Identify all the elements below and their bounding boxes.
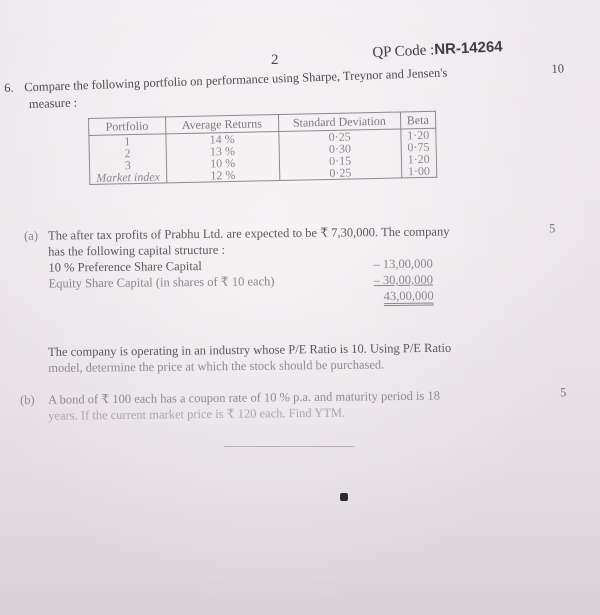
subquestion-marks: 5	[549, 220, 555, 236]
qp-code-value: NR-14264	[434, 38, 503, 58]
subquestion-marks: 5	[560, 384, 566, 400]
subquestion-label: (a)	[24, 228, 38, 244]
capital-total: 43,00,000	[384, 289, 434, 307]
capital-item: 10 % Preference Share Capital	[48, 259, 202, 275]
table-cell: 12 %	[166, 168, 279, 183]
question-7a-paragraph: The company is operating in an industry …	[48, 339, 538, 376]
capital-amount: – 30,00,000	[373, 272, 433, 289]
table-cell: Market index	[90, 170, 167, 184]
end-rule	[224, 446, 354, 447]
capital-amount: – 13,00,000	[373, 256, 433, 273]
subquestion-label: (b)	[20, 392, 35, 408]
ink-speck	[340, 493, 348, 501]
question-number: 6.	[4, 79, 25, 97]
question-7a: (a) 5 The after tax profits of Prabhu Lt…	[8, 222, 569, 308]
page-number: 2	[271, 52, 279, 69]
question-7b: (b) 5 A bond of ₹ 100 each has a coupon …	[20, 386, 580, 424]
table-cell: 0·25	[279, 165, 401, 180]
qp-code-label: QP Code :	[372, 42, 435, 61]
portfolio-table: Portfolio Average Returns Standard Devia…	[88, 111, 437, 185]
capital-item: Equity Share Capital (in shares of ₹ 10 …	[49, 274, 275, 290]
col-beta: Beta	[400, 111, 435, 129]
question-marks: 10	[551, 60, 564, 77]
table-cell: 1·00	[401, 165, 436, 178]
col-portfolio: Portfolio	[89, 117, 166, 136]
